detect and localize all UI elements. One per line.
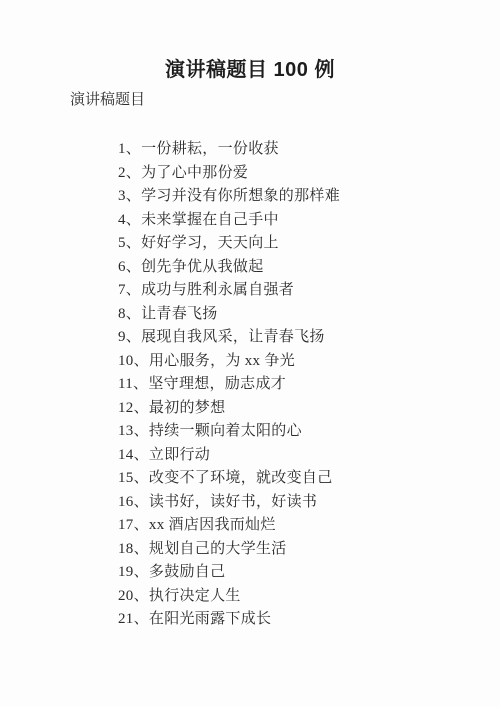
speech-title-list: 1、一份耕耘，一份收获 2、为了心中那份爱 3、学习并没有你所想象的那样难 4、… — [118, 138, 340, 632]
list-item: 19、多鼓励自己 — [118, 561, 340, 585]
list-item: 20、执行决定人生 — [118, 585, 340, 609]
list-item: 1、一份耕耘，一份收获 — [118, 138, 340, 162]
list-item: 14、立即行动 — [118, 444, 340, 468]
list-item: 17、xx 酒店因我而灿烂 — [118, 514, 340, 538]
document-page: 演讲稿题目 100 例 演讲稿题目 1、一份耕耘，一份收获 2、为了心中那份爱 … — [0, 0, 500, 707]
list-item: 12、最初的梦想 — [118, 397, 340, 421]
list-item: 15、改变不了环境，就改变自己 — [118, 467, 340, 491]
list-item: 5、好好学习，天天向上 — [118, 232, 340, 256]
list-item: 9、展现自我风采，让青春飞扬 — [118, 326, 340, 350]
document-subtitle: 演讲稿题目 — [70, 91, 145, 109]
list-item: 4、未来掌握在自己手中 — [118, 209, 340, 233]
list-item: 13、持续一颗向着太阳的心 — [118, 420, 340, 444]
list-item: 8、让青春飞扬 — [118, 303, 340, 327]
list-item: 2、为了心中那份爱 — [118, 162, 340, 186]
list-item: 21、在阳光雨露下成长 — [118, 608, 340, 632]
list-item: 10、用心服务，为 xx 争光 — [118, 350, 340, 374]
list-item: 18、规划自己的大学生活 — [118, 538, 340, 562]
list-item: 16、读书好，读好书，好读书 — [118, 491, 340, 515]
list-item: 6、创先争优从我做起 — [118, 256, 340, 280]
document-title: 演讲稿题目 100 例 — [0, 57, 500, 83]
list-item: 7、成功与胜利永属自强者 — [118, 279, 340, 303]
list-item: 11、坚守理想，励志成才 — [118, 373, 340, 397]
list-item: 3、学习并没有你所想象的那样难 — [118, 185, 340, 209]
